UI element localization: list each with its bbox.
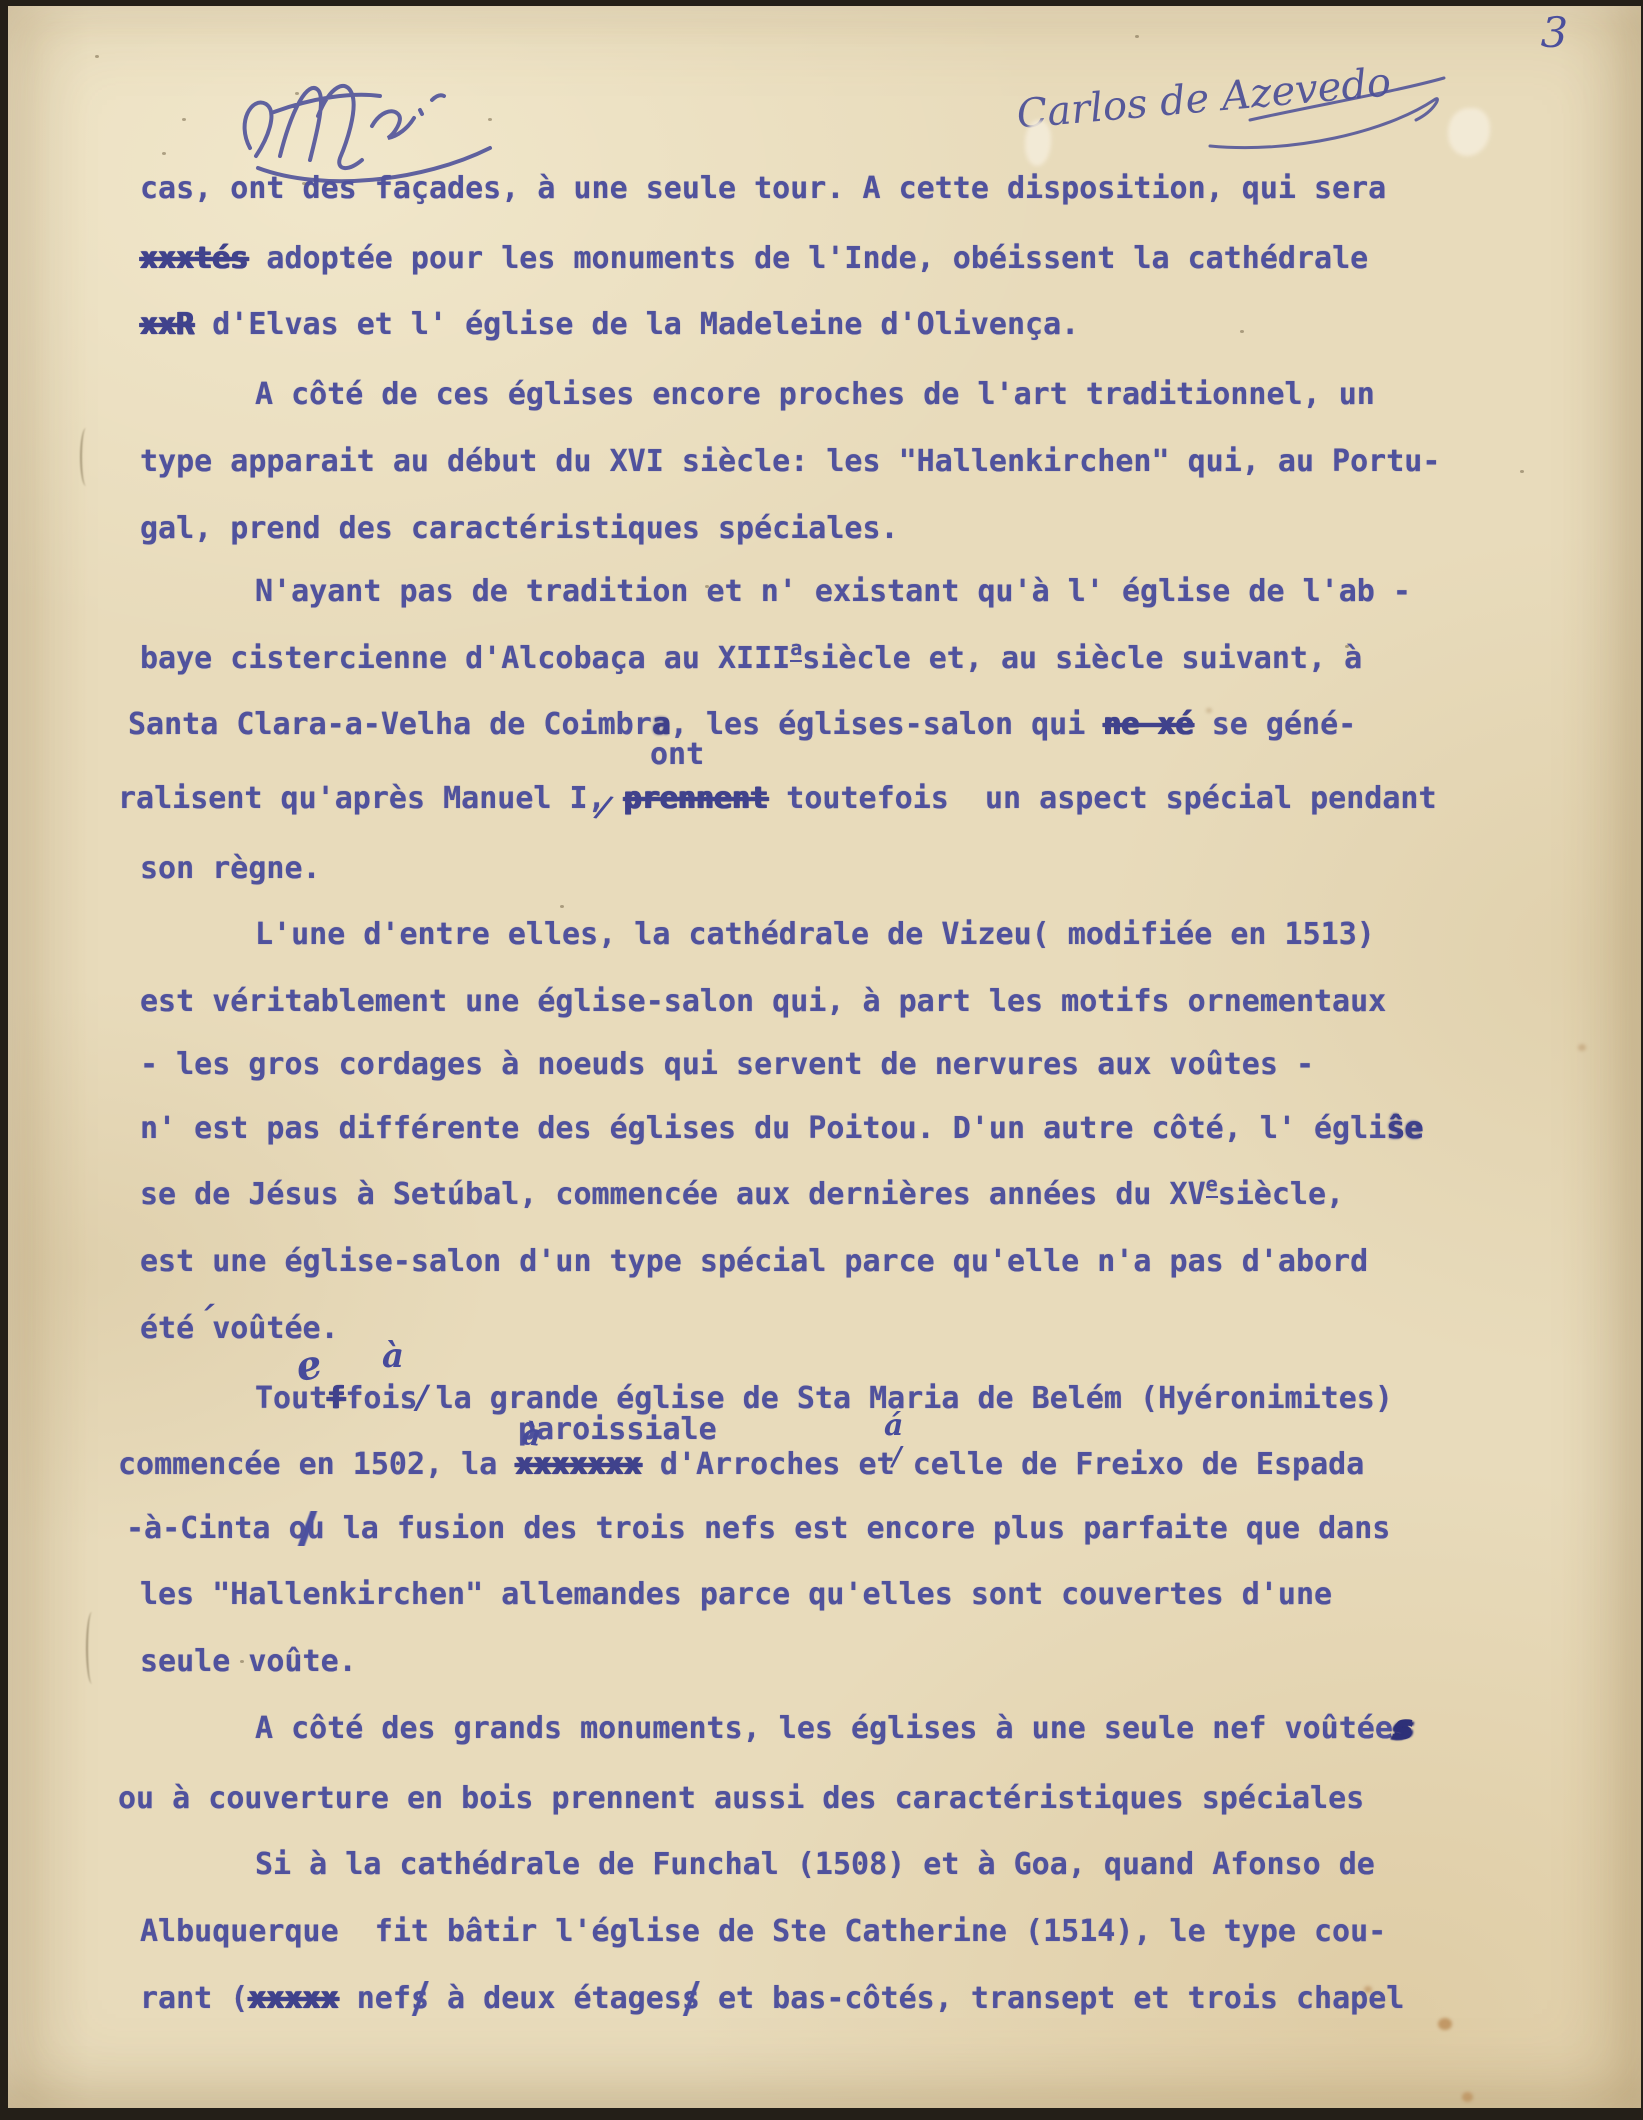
rust-stain bbox=[1462, 2092, 1473, 2102]
typed-text: est véritablement une église-salon qui, … bbox=[140, 984, 1386, 1019]
typed-line: xxxtés adoptée pour les monuments de l'I… bbox=[140, 240, 1368, 278]
pen-struck-char: s bbox=[411, 1981, 429, 2016]
typed-text: se de Jésus à Setúbal, commencée aux der… bbox=[140, 1177, 1206, 1212]
paper-speck bbox=[302, 182, 306, 185]
typed-line: L'une d'entre elles, la cathédrale de Vi… bbox=[255, 916, 1375, 954]
typed-text: commencée en 1502, la bbox=[118, 1447, 515, 1482]
typed-text: la grande église de Sta Maria de Belém (… bbox=[418, 1381, 1393, 1416]
typed-line: les "Hallenkirchen" allemandes parce qu'… bbox=[140, 1576, 1332, 1614]
typed-line: commencée en 1502, la xxxxxxx d'Arroches… bbox=[118, 1446, 1364, 1484]
typed-text: cas, ont des façades, à une seule tour. … bbox=[140, 171, 1386, 206]
typed-line: gal, prend des caractéristiques spéciale… bbox=[140, 510, 899, 548]
typed-text: et bas-côtés, transept et trois chapel bbox=[700, 1981, 1404, 2016]
typed-line: -à-Cinta ou la fusion des trois nefs est… bbox=[126, 1510, 1390, 1548]
typed-text: fois bbox=[345, 1381, 417, 1416]
signature-name: Carlos de Azevedo bbox=[1015, 59, 1393, 138]
typed-text: baye cistercienne d'Alcobaça au XIII bbox=[140, 641, 790, 676]
struck-word: prennent bbox=[624, 781, 769, 816]
paper-speck bbox=[560, 905, 564, 908]
smudged-chars: ŝe bbox=[1386, 1111, 1422, 1146]
paper-speck bbox=[905, 1065, 909, 1068]
paper-speck bbox=[350, 262, 354, 265]
paper-speck bbox=[1135, 35, 1139, 38]
struck-word: xxxtés bbox=[140, 241, 248, 276]
handwritten-mark: ˊ bbox=[196, 1300, 214, 1342]
typed-text: d'Elvas et l' église de la Madeleine d'O… bbox=[194, 307, 1079, 342]
typed-text: Santa Clara-a-Velha de Coimbr bbox=[128, 707, 652, 742]
typed-line: A côté de ces églises encore proches de … bbox=[255, 376, 1375, 414]
handwritten-mark: à bbox=[520, 1417, 543, 1454]
page-number: 3 bbox=[1540, 8, 1568, 58]
rust-stain bbox=[1364, 1986, 1372, 1993]
paper-crease bbox=[80, 428, 92, 486]
typed-text: nef bbox=[339, 1981, 411, 2016]
handwritten-signature: Carlos de Azevedo bbox=[1012, 50, 1462, 180]
struck-word: xxR bbox=[140, 307, 194, 342]
typed-line: seule voûte. bbox=[140, 1643, 357, 1681]
typed-text: , les églises-salon qui bbox=[670, 707, 1103, 742]
typed-line: A côté des grands monuments, les églises… bbox=[255, 1710, 1411, 1748]
typed-line: ou à couverture en bois prennent aussi d… bbox=[118, 1780, 1364, 1818]
typed-text: d'Arroches et celle de Freixo de Espada bbox=[642, 1447, 1364, 1482]
typed-text: ralisent qu'après Manuel I, bbox=[118, 781, 624, 816]
struck-word: f bbox=[327, 1381, 345, 1416]
struck-word: xxxxx bbox=[248, 1981, 338, 2016]
typed-line: son règne. bbox=[140, 850, 321, 888]
typed-text: type apparait au début du XVI siècle: le… bbox=[140, 444, 1440, 479]
typed-text: gal, prend des caractéristiques spéciale… bbox=[140, 511, 899, 546]
typed-text: les "Hallenkirchen" allemandes parce qu'… bbox=[140, 1577, 1332, 1612]
superscript-ordinal: a bbox=[790, 636, 802, 662]
paper-speck bbox=[95, 55, 99, 58]
paper-speck bbox=[1240, 330, 1244, 333]
typed-text: est une église-salon d'un type spécial p… bbox=[140, 1244, 1368, 1279]
typed-text: Si à la cathédrale de Funchal (1508) et … bbox=[255, 1847, 1375, 1882]
superscript-ordinal: e bbox=[1206, 1172, 1218, 1198]
handwritten-mark: à bbox=[382, 1336, 404, 1376]
typed-text: N'ayant pas de tradition et n' existant … bbox=[255, 574, 1411, 609]
typed-text: seule voûte. bbox=[140, 1644, 357, 1679]
typed-insertion: paroissiale bbox=[518, 1412, 717, 1447]
paper-speck bbox=[705, 585, 709, 588]
typed-text: n' est pas différente des églises du Poi… bbox=[140, 1111, 1386, 1146]
handwritten-mark: ∕ bbox=[416, 1378, 428, 1416]
typed-line: Albuquerque fit bâtir l'église de Ste Ca… bbox=[140, 1913, 1386, 1951]
typed-line: type apparait au début du XVI siècle: le… bbox=[140, 443, 1440, 481]
typed-line: Si à la cathédrale de Funchal (1508) et … bbox=[255, 1846, 1375, 1884]
typed-text: adoptée pour les monuments de l'Inde, ob… bbox=[248, 241, 1368, 276]
typed-line: baye cistercienne d'Alcobaça au XIIIasiè… bbox=[140, 640, 1362, 680]
rust-stain bbox=[1438, 2018, 1452, 2030]
typed-text: à deux étages bbox=[429, 1981, 682, 2016]
typed-text: A côté de ces églises encore proches de … bbox=[255, 377, 1375, 412]
typed-line: Santa Clara-a-Velha de Coimbra, les égli… bbox=[128, 706, 1356, 744]
paper-speck bbox=[1345, 645, 1349, 648]
typed-line: - les gros cordages à noeuds qui servent… bbox=[140, 1046, 1314, 1084]
paper-crease bbox=[86, 1612, 98, 1684]
typed-text: son règne. bbox=[140, 851, 321, 886]
typed-text: la fusion des trois nefs est encore plus… bbox=[325, 1511, 1391, 1546]
typed-line: cas, ont des façades, à une seule tour. … bbox=[140, 170, 1386, 208]
paper-speck bbox=[182, 118, 186, 121]
rust-stain bbox=[1578, 1044, 1586, 1051]
typed-line: ralisent qu'après Manuel I, prennent tou… bbox=[118, 780, 1437, 818]
typed-text: A côté des grands monuments, les églises… bbox=[255, 1711, 1393, 1746]
paper-speck bbox=[488, 118, 492, 121]
typed-line: rant (xxxxx nefs à deux étagess et bas-c… bbox=[140, 1980, 1404, 2018]
typed-line: xxR d'Elvas et l' église de la Madeleine… bbox=[140, 306, 1079, 344]
pen-struck-char: s bbox=[682, 1981, 700, 2016]
typed-text: toutefois un aspect spécial pendant bbox=[768, 781, 1436, 816]
typed-text: siècle, bbox=[1218, 1177, 1344, 1212]
pen-struck-char: ou bbox=[289, 1511, 325, 1546]
handwritten-mark: á bbox=[884, 1408, 903, 1443]
typed-insertion: ont bbox=[650, 737, 704, 772]
typed-text: -à-Cinta bbox=[126, 1511, 289, 1546]
typed-text: Albuquerque fit bâtir l'église de Ste Ca… bbox=[140, 1914, 1386, 1949]
paper-speck bbox=[1520, 470, 1524, 473]
typed-text: siècle et, au siècle suivant, à bbox=[802, 641, 1362, 676]
paper-speck bbox=[295, 92, 299, 95]
handwritten-mark: ∕ bbox=[892, 1442, 902, 1472]
typed-line: est véritablement une église-salon qui, … bbox=[140, 983, 1386, 1021]
typed-text: se géné- bbox=[1194, 707, 1357, 742]
typed-line: n' est pas différente des églises du Poi… bbox=[140, 1110, 1422, 1148]
typed-line: se de Jésus à Setúbal, commencée aux der… bbox=[140, 1176, 1344, 1216]
typed-line: est une église-salon d'un type spécial p… bbox=[140, 1243, 1368, 1281]
struck-word: ne xé bbox=[1103, 707, 1193, 742]
rust-stain bbox=[1206, 708, 1212, 713]
paper-speck bbox=[240, 1660, 244, 1663]
typed-text: - les gros cordages à noeuds qui servent… bbox=[140, 1047, 1314, 1082]
scanned-typescript-page: 3 Carlos de Azevedo cas, ont des façades… bbox=[0, 0, 1643, 2120]
typed-text: rant ( bbox=[140, 1981, 248, 2016]
paper-speck bbox=[162, 152, 166, 155]
typed-text: ou à couverture en bois prennent aussi d… bbox=[118, 1781, 1364, 1816]
typed-text: L'une d'entre elles, la cathédrale de Vi… bbox=[255, 917, 1375, 952]
typed-line: N'ayant pas de tradition et n' existant … bbox=[255, 573, 1411, 611]
